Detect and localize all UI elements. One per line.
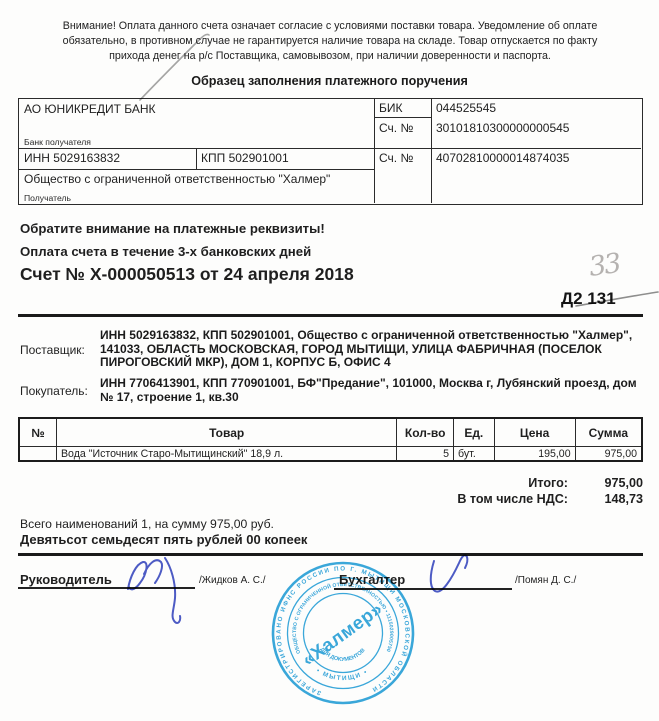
total-label: Итого: [528, 476, 568, 490]
supplier-row: Поставщик: ИНН 5029163832, КПП 502901001… [20, 327, 645, 372]
handwritten-number: 33 [587, 248, 621, 283]
corr-account-label: Сч. № [379, 121, 413, 135]
payment-notice: Внимание! Оплата данного счета означает … [57, 19, 603, 63]
col-unit: Ед. [454, 418, 495, 447]
item-sum: 975,00 [575, 447, 642, 462]
accountant-signature-name: /Помян Д. С./ [515, 575, 576, 586]
bik-value: 044525545 [436, 101, 496, 115]
payment-term-alert: Оплата счета в течение 3-х банковских дн… [20, 244, 311, 259]
recipient-inn: ИНН 5029163832 [24, 151, 120, 165]
handwritten-code: Д2 131 [561, 289, 616, 309]
supplier-value: ИНН 5029163832, КПП 502901001, Общество … [100, 329, 648, 371]
section-divider [18, 314, 643, 317]
item-price: 195,00 [494, 447, 575, 462]
items-table: № Товар Кол-во Ед. Цена Сумма Вода "Исто… [18, 417, 643, 462]
requisites-alert: Обратите внимание на платежные реквизиты… [20, 221, 325, 236]
divider [431, 99, 432, 203]
invoice-number-title: Счет № Х-000050513 от 24 апреля 2018 [20, 264, 354, 285]
supplier-label: Поставщик: [20, 343, 100, 357]
head-signature-ink [128, 558, 180, 623]
col-number: № [19, 418, 56, 447]
document-title: Образец заполнения платежного поручения [0, 74, 659, 88]
item-unit: бут. [454, 447, 495, 462]
bank-requisites-table: АО ЮНИКРЕДИТ БАНК Банк получателя БИК 04… [18, 98, 643, 205]
accountant-signature-ink [431, 555, 468, 591]
item-number [19, 447, 56, 462]
divider [374, 99, 375, 203]
col-price: Цена [494, 418, 575, 447]
company-stamp: ЗАРЕГИСТРИРОВАНО ИФНС РОССИИ ПО Г. МЫТИЩ… [263, 553, 423, 713]
head-signature-name: /Жидков А. С./ [199, 575, 266, 586]
divider [19, 169, 374, 170]
head-signature-label: Руководитель [20, 572, 112, 587]
col-sum: Сумма [575, 418, 642, 447]
items-header-row: № Товар Кол-во Ед. Цена Сумма [19, 418, 642, 447]
recipient-caption: Получатель [24, 193, 71, 203]
recipient-kpp: КПП 502901001 [201, 151, 289, 165]
account-value: 40702810000014874035 [436, 151, 569, 165]
item-quantity: 5 [397, 447, 454, 462]
amount-in-words: Девятьсот семьдесят пять рублей 00 копее… [20, 532, 307, 547]
head-signature-line [18, 587, 195, 589]
stamp-city-text: • МЫТИЩИ • [315, 667, 369, 682]
item-row: Вода "Источник Старо-Мытищинский" 18,9 л… [19, 447, 642, 462]
invoice-document: Внимание! Оплата данного счета означает … [0, 0, 659, 721]
vat-label: В том числе НДС: [457, 492, 568, 506]
col-product: Товар [56, 418, 396, 447]
buyer-row: Покупатель: ИНН 7706413901, КПП 77090100… [20, 376, 645, 406]
svg-text:• МЫТИЩИ •: • МЫТИЩИ • [315, 667, 369, 682]
bank-name: АО ЮНИКРЕДИТ БАНК [24, 102, 156, 116]
vat-value: 148,73 [604, 492, 643, 506]
item-name: Вода "Источник Старо-Мытищинский" 18,9 л… [56, 447, 396, 462]
account-label: Сч. № [379, 151, 413, 165]
divider [19, 148, 641, 149]
items-count-line: Всего наименований 1, на сумму 975,00 ру… [20, 517, 274, 531]
total-value: 975,00 [604, 476, 643, 490]
col-quantity: Кол-во [397, 418, 454, 447]
divider [374, 117, 431, 118]
bank-name-caption: Банк получателя [24, 137, 91, 147]
bik-label: БИК [379, 101, 403, 115]
divider [196, 148, 197, 169]
recipient-name: Общество с ограниченной ответственностью… [24, 172, 330, 186]
buyer-value: ИНН 7706413901, КПП 770901001, БФ"Предан… [100, 377, 648, 405]
buyer-label: Покупатель: [20, 384, 100, 398]
corr-account-value: 30101810300000000545 [436, 121, 569, 135]
